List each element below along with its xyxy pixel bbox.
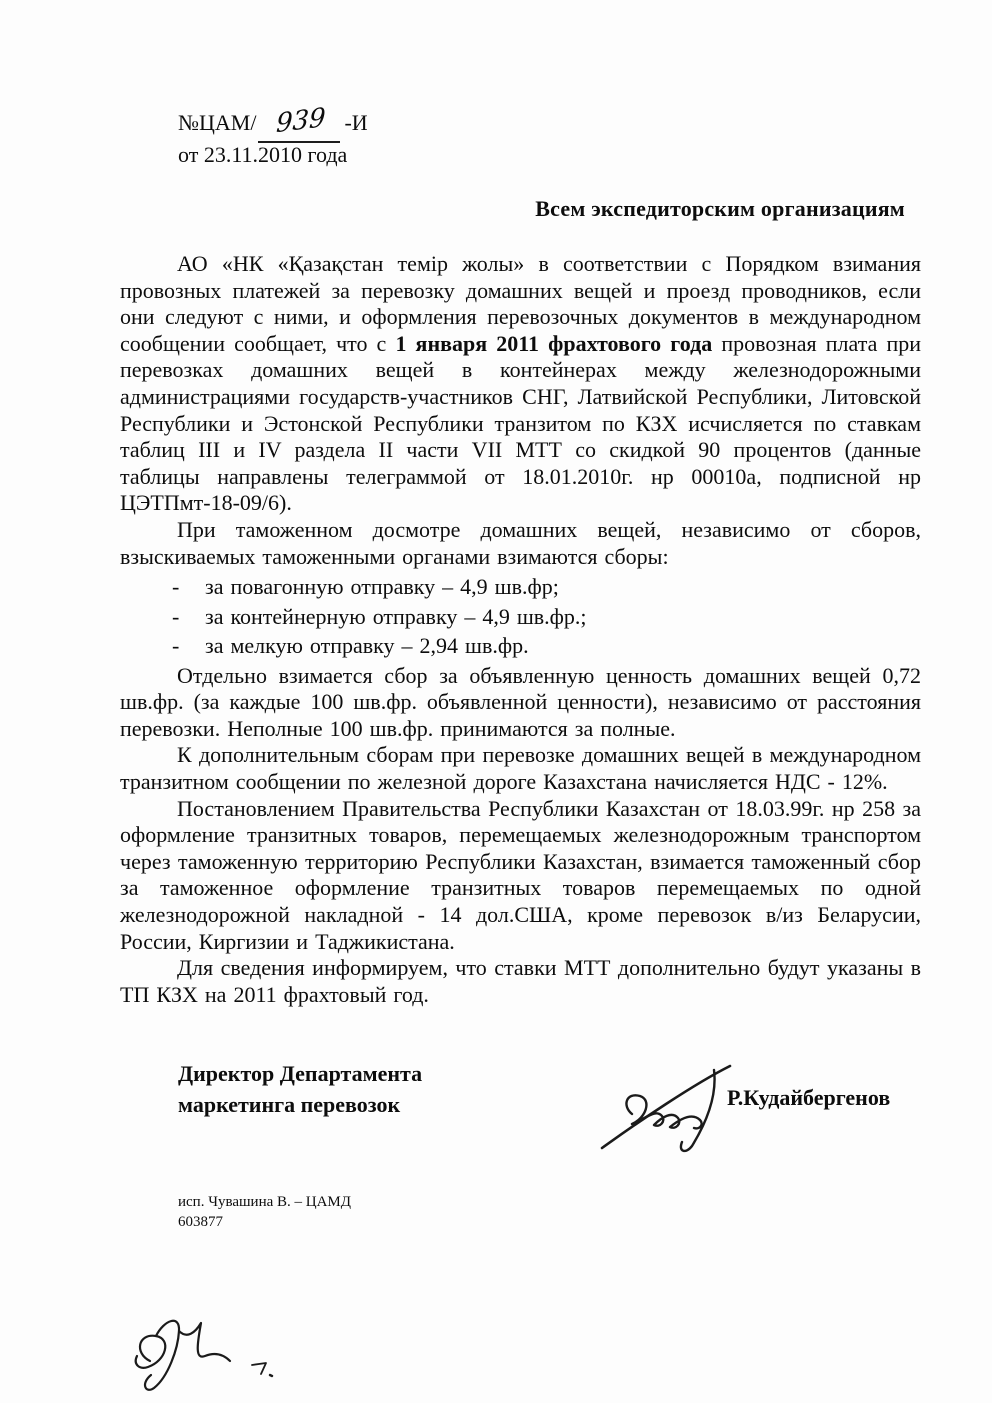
bottom-signature-scribble [120, 1305, 282, 1397]
paragraph-intro: АО «НК «Қазақстан темір жолы» в соответс… [120, 251, 921, 517]
signer-title-line1: Директор Департамента [178, 1058, 422, 1089]
ref-prefix: №ЦАМ/ [178, 110, 256, 135]
reference-block: №ЦАМ/939-И от 23.11.2010 года [178, 106, 368, 171]
paragraph-info: Для сведения информируем, что ставки МТТ… [120, 955, 921, 1008]
reference-number-line: №ЦАМ/939-И [178, 106, 368, 139]
fee-item-small: -за мелкую отправку – 2,94 шв.фр. [120, 631, 921, 661]
paragraph-declared-value: Отдельно взимается сбор за объявленную ц… [120, 663, 921, 743]
executor-block: исп. Чувашина В. – ЦАМД 603877 [178, 1192, 351, 1232]
letter-page: №ЦАМ/939-И от 23.11.2010 года Всем экспе… [0, 0, 992, 1403]
list-dash: - [172, 631, 205, 661]
fee-list: -за повагонную отправку – 4,9 шв.фр; -за… [120, 572, 921, 661]
ref-number-underline: 939 [256, 106, 344, 139]
date-line: от 23.11.2010 года [178, 139, 368, 171]
signer-title-block: Директор Департамента маркетинга перевоз… [178, 1058, 422, 1120]
addressee-heading: Всем экспедиторским организациям [535, 196, 905, 222]
list-dash: - [172, 572, 205, 602]
ref-number-handwritten: 939 [275, 102, 326, 140]
effective-date-bold: 1 января 2011 фрахтового года [395, 331, 712, 356]
paragraph-customs-inspection: При таможенном досмотре домашних вещей, … [120, 517, 921, 570]
ref-suffix: -И [344, 110, 367, 135]
director-signature-scribble [596, 1062, 748, 1156]
executor-phone: 603877 [178, 1212, 351, 1232]
fee-item-container: -за контейнерную отправку – 4,9 шв.фр.; [120, 602, 921, 632]
fee-item-text: за мелкую отправку – 2,94 шв.фр. [205, 633, 529, 658]
signer-title-line2: маркетинга перевозок [178, 1089, 422, 1120]
executor-line: исп. Чувашина В. – ЦАМД [178, 1192, 351, 1212]
signer-name: Р.Кудайбергенов [727, 1085, 890, 1111]
paragraph-intro-continued: провозная плата при перевозках домашних … [120, 331, 921, 516]
paragraph-government-decree: Постановлением Правительства Республики … [120, 796, 921, 956]
paragraph-vat: К дополнительным сборам при перевозке до… [120, 742, 921, 795]
letter-body: АО «НК «Қазақстан темір жолы» в соответс… [120, 251, 921, 1008]
list-dash: - [172, 602, 205, 632]
fee-item-wagon: -за повагонную отправку – 4,9 шв.фр; [120, 572, 921, 602]
fee-item-text: за контейнерную отправку – 4,9 шв.фр.; [205, 604, 587, 629]
fee-item-text: за повагонную отправку – 4,9 шв.фр; [205, 574, 559, 599]
